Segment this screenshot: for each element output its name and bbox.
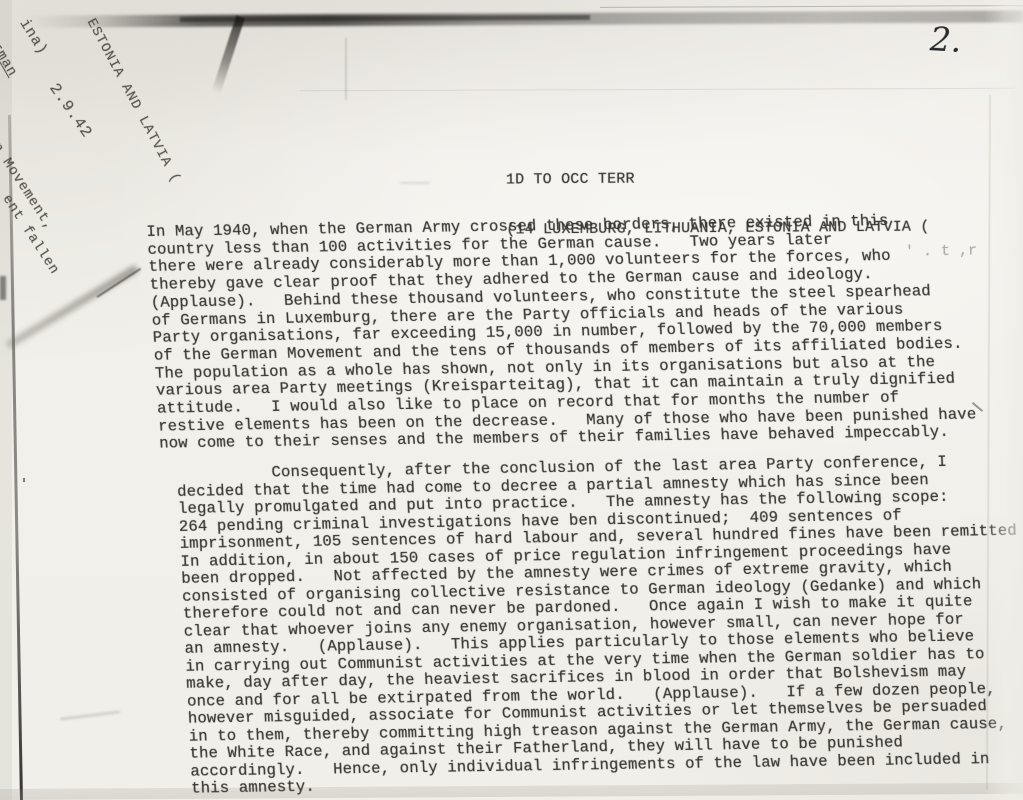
horizontal-crease xyxy=(300,88,1015,91)
handwritten-page-number: 2. xyxy=(929,19,962,60)
scanned-document-page: { "document": { "page_number": "2.", "he… xyxy=(0,0,1023,800)
pencil-smudge xyxy=(400,182,430,184)
left-edge-ink-blob xyxy=(0,276,6,300)
underlay-fragment-date: 2.9.42 xyxy=(45,80,96,141)
header-line-1: 1D TO OCC TERR xyxy=(506,170,929,189)
paragraph-1-faint-tail: ' . t ,r xyxy=(905,242,977,260)
ink-speck xyxy=(23,478,25,482)
underlay-page-corner-shadow xyxy=(6,265,138,348)
paragraph-2: Consequently, after the conclusion of th… xyxy=(176,453,1023,798)
paragraph-1: In May 1940, when the German Army crosse… xyxy=(146,212,978,454)
right-edge-fade xyxy=(984,0,1023,800)
underlay-fragment-title: ESTONIA AND LATVIA ( xyxy=(83,16,184,186)
pencil-smudge xyxy=(60,710,120,720)
diagonal-ink-streak xyxy=(210,16,245,99)
page-top-hairline xyxy=(600,5,1023,8)
